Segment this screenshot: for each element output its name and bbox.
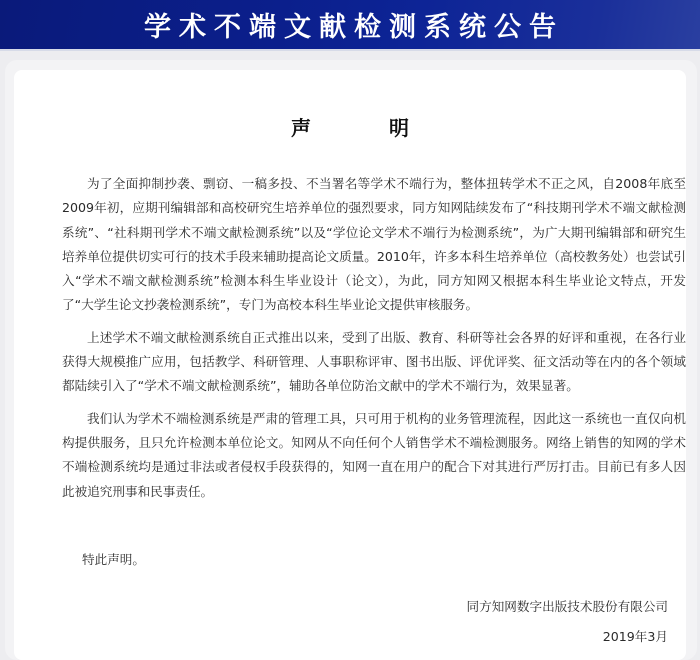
statement-paragraph-1: 为了全面抑制抄袭、剽窃、一稿多投、不当署名等学术不端行为，整体扭转学术不正之风，… xyxy=(62,172,686,318)
statement-title: 声明 xyxy=(0,112,700,141)
notice-header-title: 学术不端文献检测系统公告 xyxy=(136,5,564,44)
statement-title-char-1: 声 xyxy=(291,112,311,141)
statement-closing: 特此声明。 xyxy=(82,549,145,568)
notice-header-banner: 学术不端文献检测系统公告 xyxy=(0,0,700,51)
statement-title-char-2: 明 xyxy=(389,112,409,141)
statement-paragraph-2: 上述学术不端文献检测系统自正式推出以来，受到了出版、教育、科研等社会各界的好评和… xyxy=(62,326,686,399)
statement-date: 2019年3月 xyxy=(603,626,668,645)
statement-paragraph-3: 我们认为学术不端检测系统是严肃的管理工具，只可用于机构的业务管理流程，因此这一系… xyxy=(62,407,686,504)
statement-signature: 同方知网数字出版技术股份有限公司 xyxy=(467,596,669,615)
statement-body: 为了全面抑制抄袭、剽窃、一稿多投、不当署名等学术不端行为，整体扭转学术不正之风，… xyxy=(62,172,686,512)
